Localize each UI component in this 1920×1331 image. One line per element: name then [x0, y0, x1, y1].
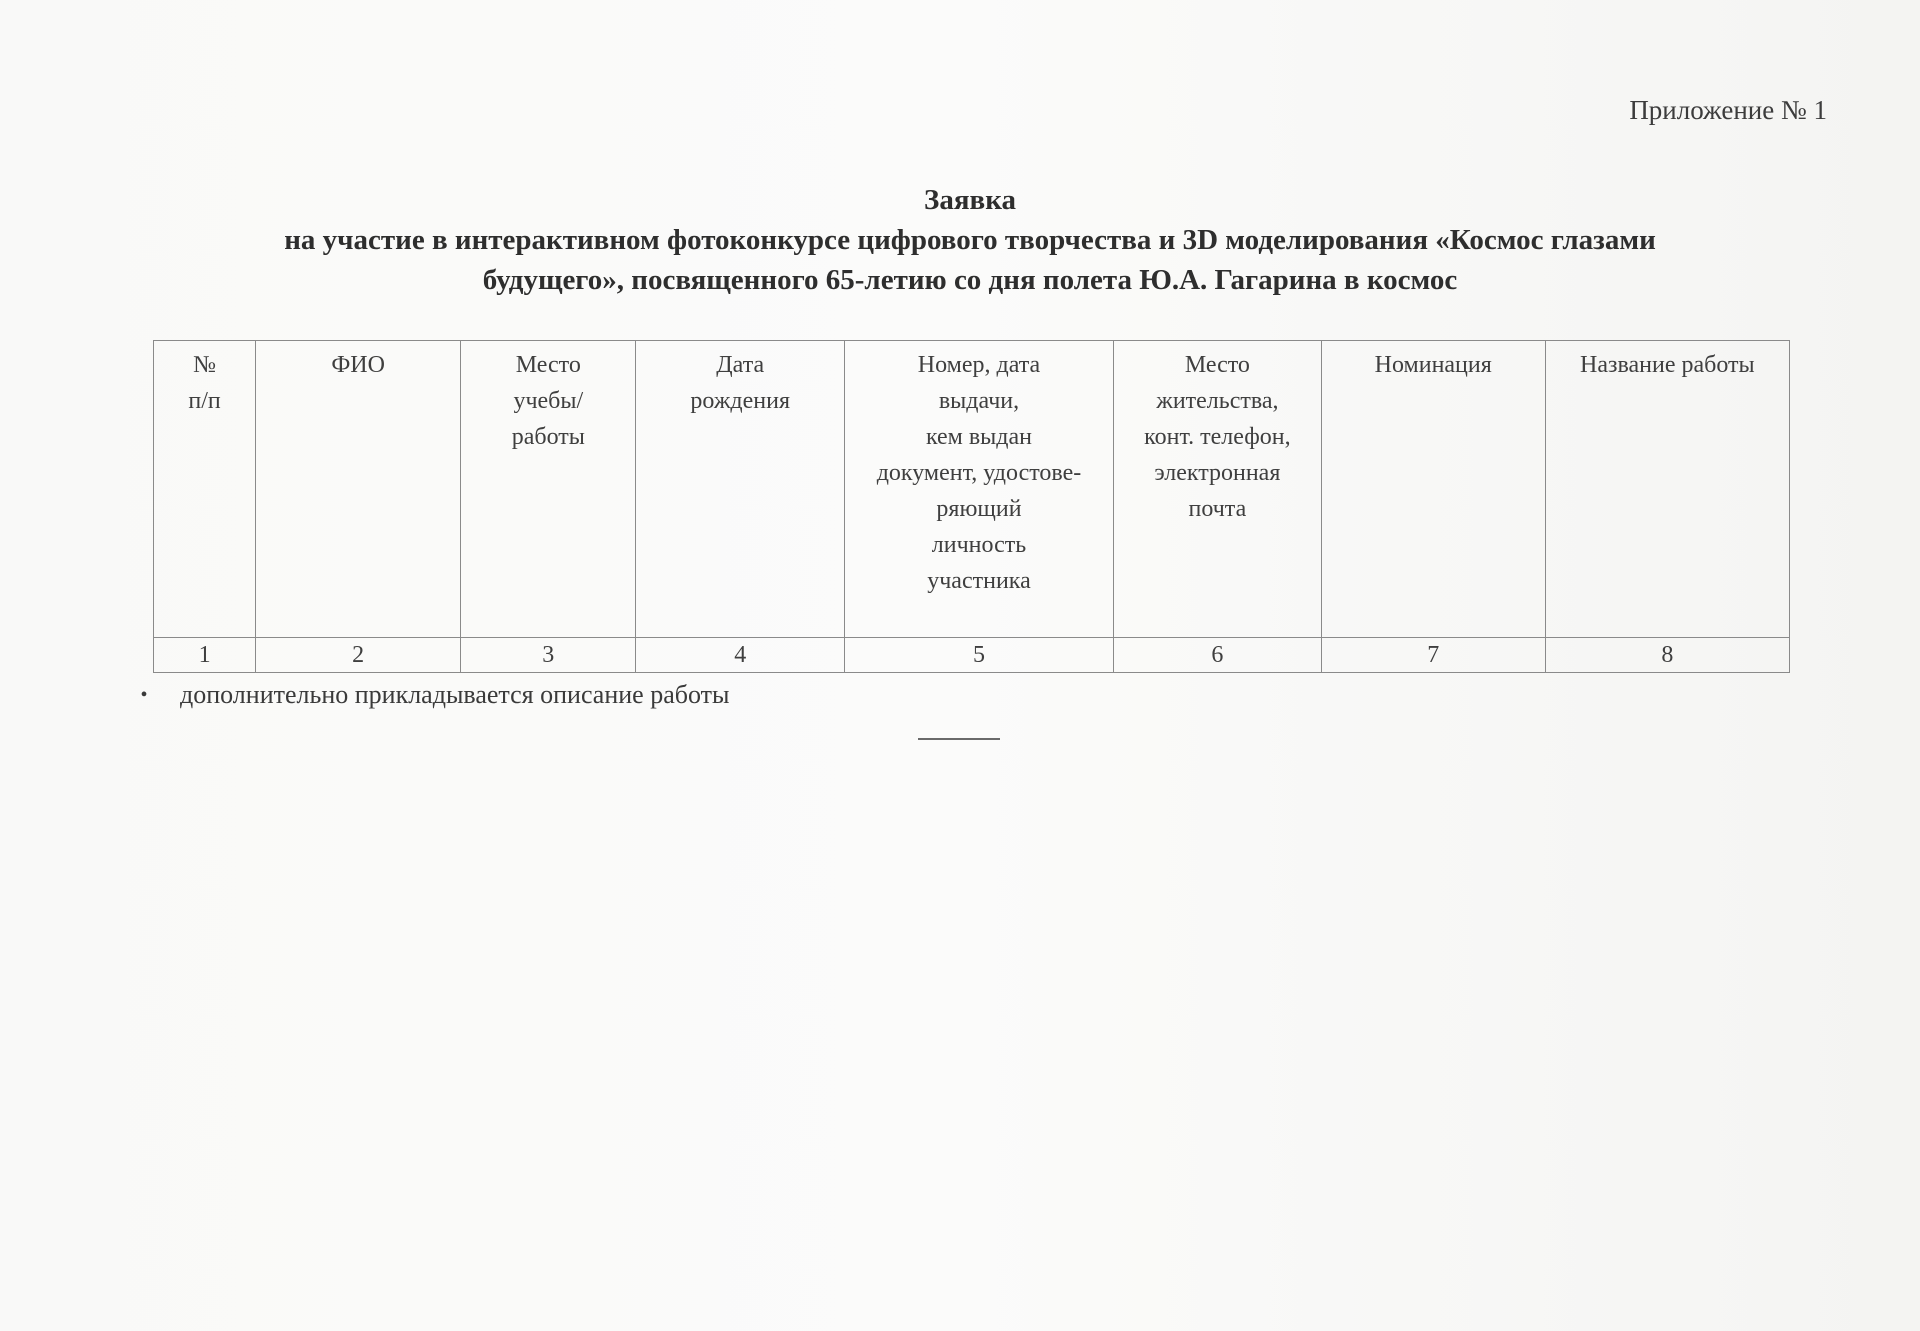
header-text-line: Место — [1118, 347, 1317, 383]
header-text-line: работы — [465, 419, 631, 455]
header-cell-nomination: Номинация — [1321, 341, 1545, 638]
header-cell-id-document: Номер, датавыдачи,кем выдандокумент, удо… — [845, 341, 1114, 638]
note-item: • дополнительно прикладывается описание … — [130, 680, 729, 710]
header-text-line: документ, удостове- — [849, 455, 1109, 491]
header-text-line: личность — [849, 527, 1109, 563]
header-text-line: жительства, — [1118, 383, 1317, 419]
header-cell-full-name: ФИО — [256, 341, 461, 638]
header-text-line: Дата — [640, 347, 840, 383]
document-page: Приложение № 1 Заявка на участие в интер… — [0, 0, 1920, 1331]
application-table: №п/п ФИО Местоучебы/работы Датарождения … — [153, 340, 1790, 673]
header-cell-number: №п/п — [154, 341, 256, 638]
header-text-line: рождения — [640, 383, 840, 419]
header-cell-contacts: Местожительства,конт. телефон,электронна… — [1113, 341, 1321, 638]
header-text-line: Номинация — [1326, 347, 1541, 383]
header-cell-work-title: Название работы — [1545, 341, 1789, 638]
header-text-line: ФИО — [260, 347, 456, 383]
column-number: 8 — [1545, 638, 1789, 673]
header-cell-place-of-study: Местоучебы/работы — [461, 341, 636, 638]
title-heading: Заявка — [140, 180, 1800, 220]
title-subline-2: будущего», посвященного 65-летию со дня … — [140, 260, 1800, 300]
column-number: 5 — [845, 638, 1114, 673]
header-text-line: № — [158, 347, 251, 383]
column-number-row: 1 2 3 4 5 6 7 8 — [154, 638, 1790, 673]
header-cell-birth-date: Датарождения — [636, 341, 845, 638]
note-text: дополнительно прикладывается описание ра… — [180, 680, 729, 710]
column-number: 1 — [154, 638, 256, 673]
header-text-line: п/п — [158, 383, 251, 419]
bullet-icon: • — [130, 684, 158, 707]
column-number: 7 — [1321, 638, 1545, 673]
table-header-row: №п/п ФИО Местоучебы/работы Датарождения … — [154, 341, 1790, 638]
header-text-line: Название работы — [1550, 347, 1785, 383]
column-number: 6 — [1113, 638, 1321, 673]
document-title: Заявка на участие в интерактивном фотоко… — [140, 180, 1800, 300]
column-number: 4 — [636, 638, 845, 673]
header-text-line: конт. телефон, — [1118, 419, 1317, 455]
header-text-line: кем выдан — [849, 419, 1109, 455]
header-text-line: почта — [1118, 491, 1317, 527]
column-number: 2 — [256, 638, 461, 673]
appendix-label: Приложение № 1 — [1629, 95, 1827, 126]
title-subline-1: на участие в интерактивном фотоконкурсе … — [140, 220, 1800, 260]
header-text-line: учебы/ — [465, 383, 631, 419]
header-text-line: ряющий — [849, 491, 1109, 527]
header-text-line: Номер, дата — [849, 347, 1109, 383]
header-text-line: электронная — [1118, 455, 1317, 491]
header-text-line: участника — [849, 563, 1109, 599]
separator-line — [918, 738, 1000, 740]
header-text-line: Место — [465, 347, 631, 383]
header-text-line: выдачи, — [849, 383, 1109, 419]
column-number: 3 — [461, 638, 636, 673]
